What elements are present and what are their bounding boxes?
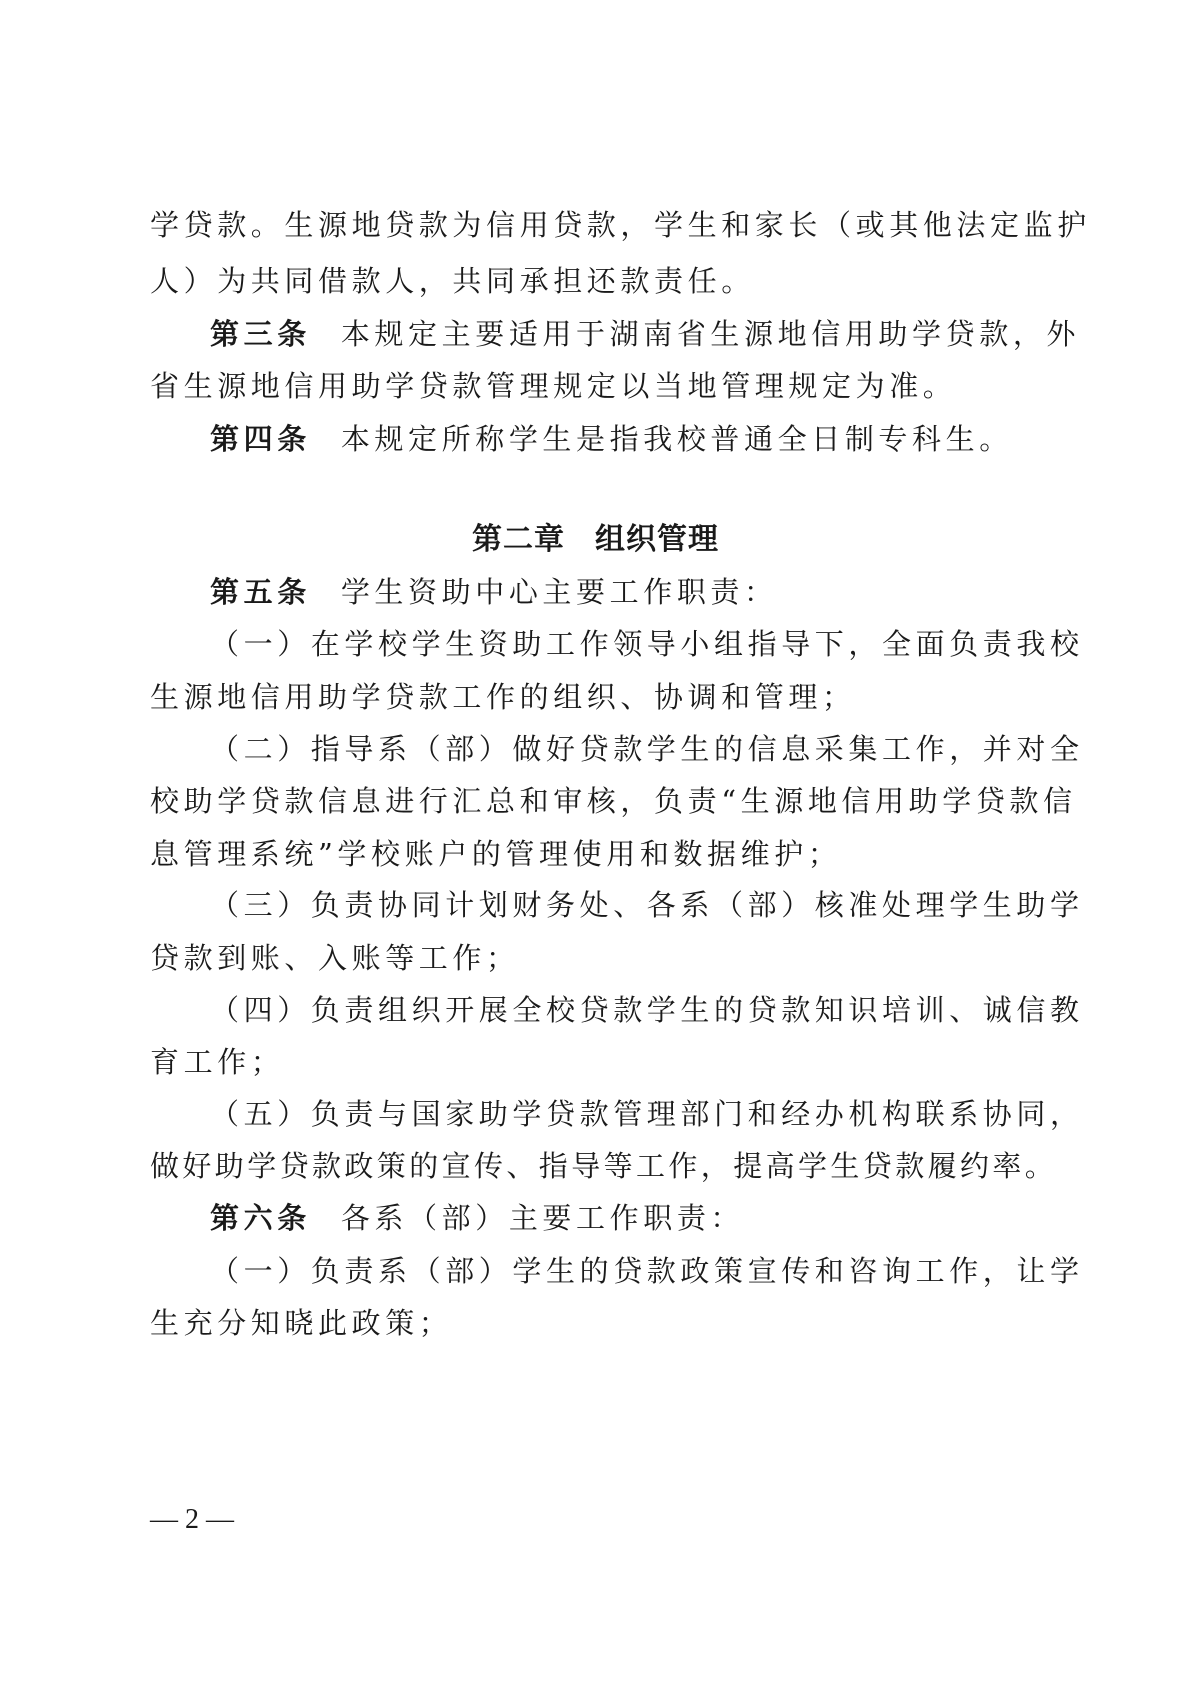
article-label: 第六条 bbox=[210, 1201, 311, 1235]
list-item: （五）负责与国家助学贷款管理部门和经办机构联系协同， bbox=[210, 1094, 1040, 1134]
paragraph-line: 校助学贷款信息进行汇总和审核，负责“生源地信用助学贷款信 bbox=[150, 781, 980, 821]
list-item: （三）负责协同计划财务处、各系（部）核准处理学生助学 bbox=[210, 885, 1040, 925]
article-5: 第五条学生资助中心主要工作职责： bbox=[210, 572, 1040, 612]
article-text: 各系（部）主要工作职责： bbox=[341, 1201, 744, 1235]
page-number: — 2 — bbox=[150, 1500, 234, 1540]
chapter-heading: 第二章组织管理 bbox=[0, 520, 1191, 560]
article-label: 第五条 bbox=[210, 575, 311, 609]
list-item: （一）在学校学生资助工作领导小组指导下，全面负责我校 bbox=[210, 624, 1040, 664]
paragraph-line: 生源地信用助学贷款工作的组织、协调和管理； bbox=[150, 677, 980, 717]
chapter-title: 组织管理 bbox=[595, 522, 719, 557]
paragraph-line: 育工作； bbox=[150, 1042, 980, 1082]
article-3: 第三条本规定主要适用于湖南省生源地信用助学贷款，外 bbox=[210, 314, 1040, 354]
article-text: 本规定主要适用于湖南省生源地信用助学贷款，外 bbox=[341, 317, 1080, 351]
paragraph-line: 人）为共同借款人，共同承担还款责任。 bbox=[150, 261, 980, 301]
paragraph-line: 学贷款。生源地贷款为信用贷款，学生和家长（或其他法定监护 bbox=[150, 205, 980, 245]
article-4: 第四条本规定所称学生是指我校普通全日制专科生。 bbox=[210, 419, 1040, 459]
paragraph-line: 生充分知晓此政策； bbox=[150, 1303, 980, 1343]
article-text: 学生资助中心主要工作职责： bbox=[341, 575, 778, 609]
article-label: 第四条 bbox=[210, 422, 311, 456]
list-item: （二）指导系（部）做好贷款学生的信息采集工作，并对全 bbox=[210, 729, 1040, 769]
paragraph-line: 做好助学贷款政策的宣传、指导等工作，提高学生贷款履约率。 bbox=[150, 1146, 980, 1186]
paragraph-line: 省生源地信用助学贷款管理规定以当地管理规定为准。 bbox=[150, 366, 980, 406]
article-text: 本规定所称学生是指我校普通全日制专科生。 bbox=[341, 422, 1013, 456]
paragraph-line: 贷款到账、入账等工作； bbox=[150, 938, 980, 978]
article-6: 第六条各系（部）主要工作职责： bbox=[210, 1198, 1040, 1238]
list-item: （一）负责系（部）学生的贷款政策宣传和咨询工作，让学 bbox=[210, 1251, 1040, 1291]
paragraph-line: 息管理系统”学校账户的管理使用和数据维护； bbox=[150, 834, 980, 874]
chapter-number: 第二章 bbox=[472, 522, 565, 557]
article-label: 第三条 bbox=[210, 317, 311, 351]
list-item: （四）负责组织开展全校贷款学生的贷款知识培训、诚信教 bbox=[210, 990, 1040, 1030]
